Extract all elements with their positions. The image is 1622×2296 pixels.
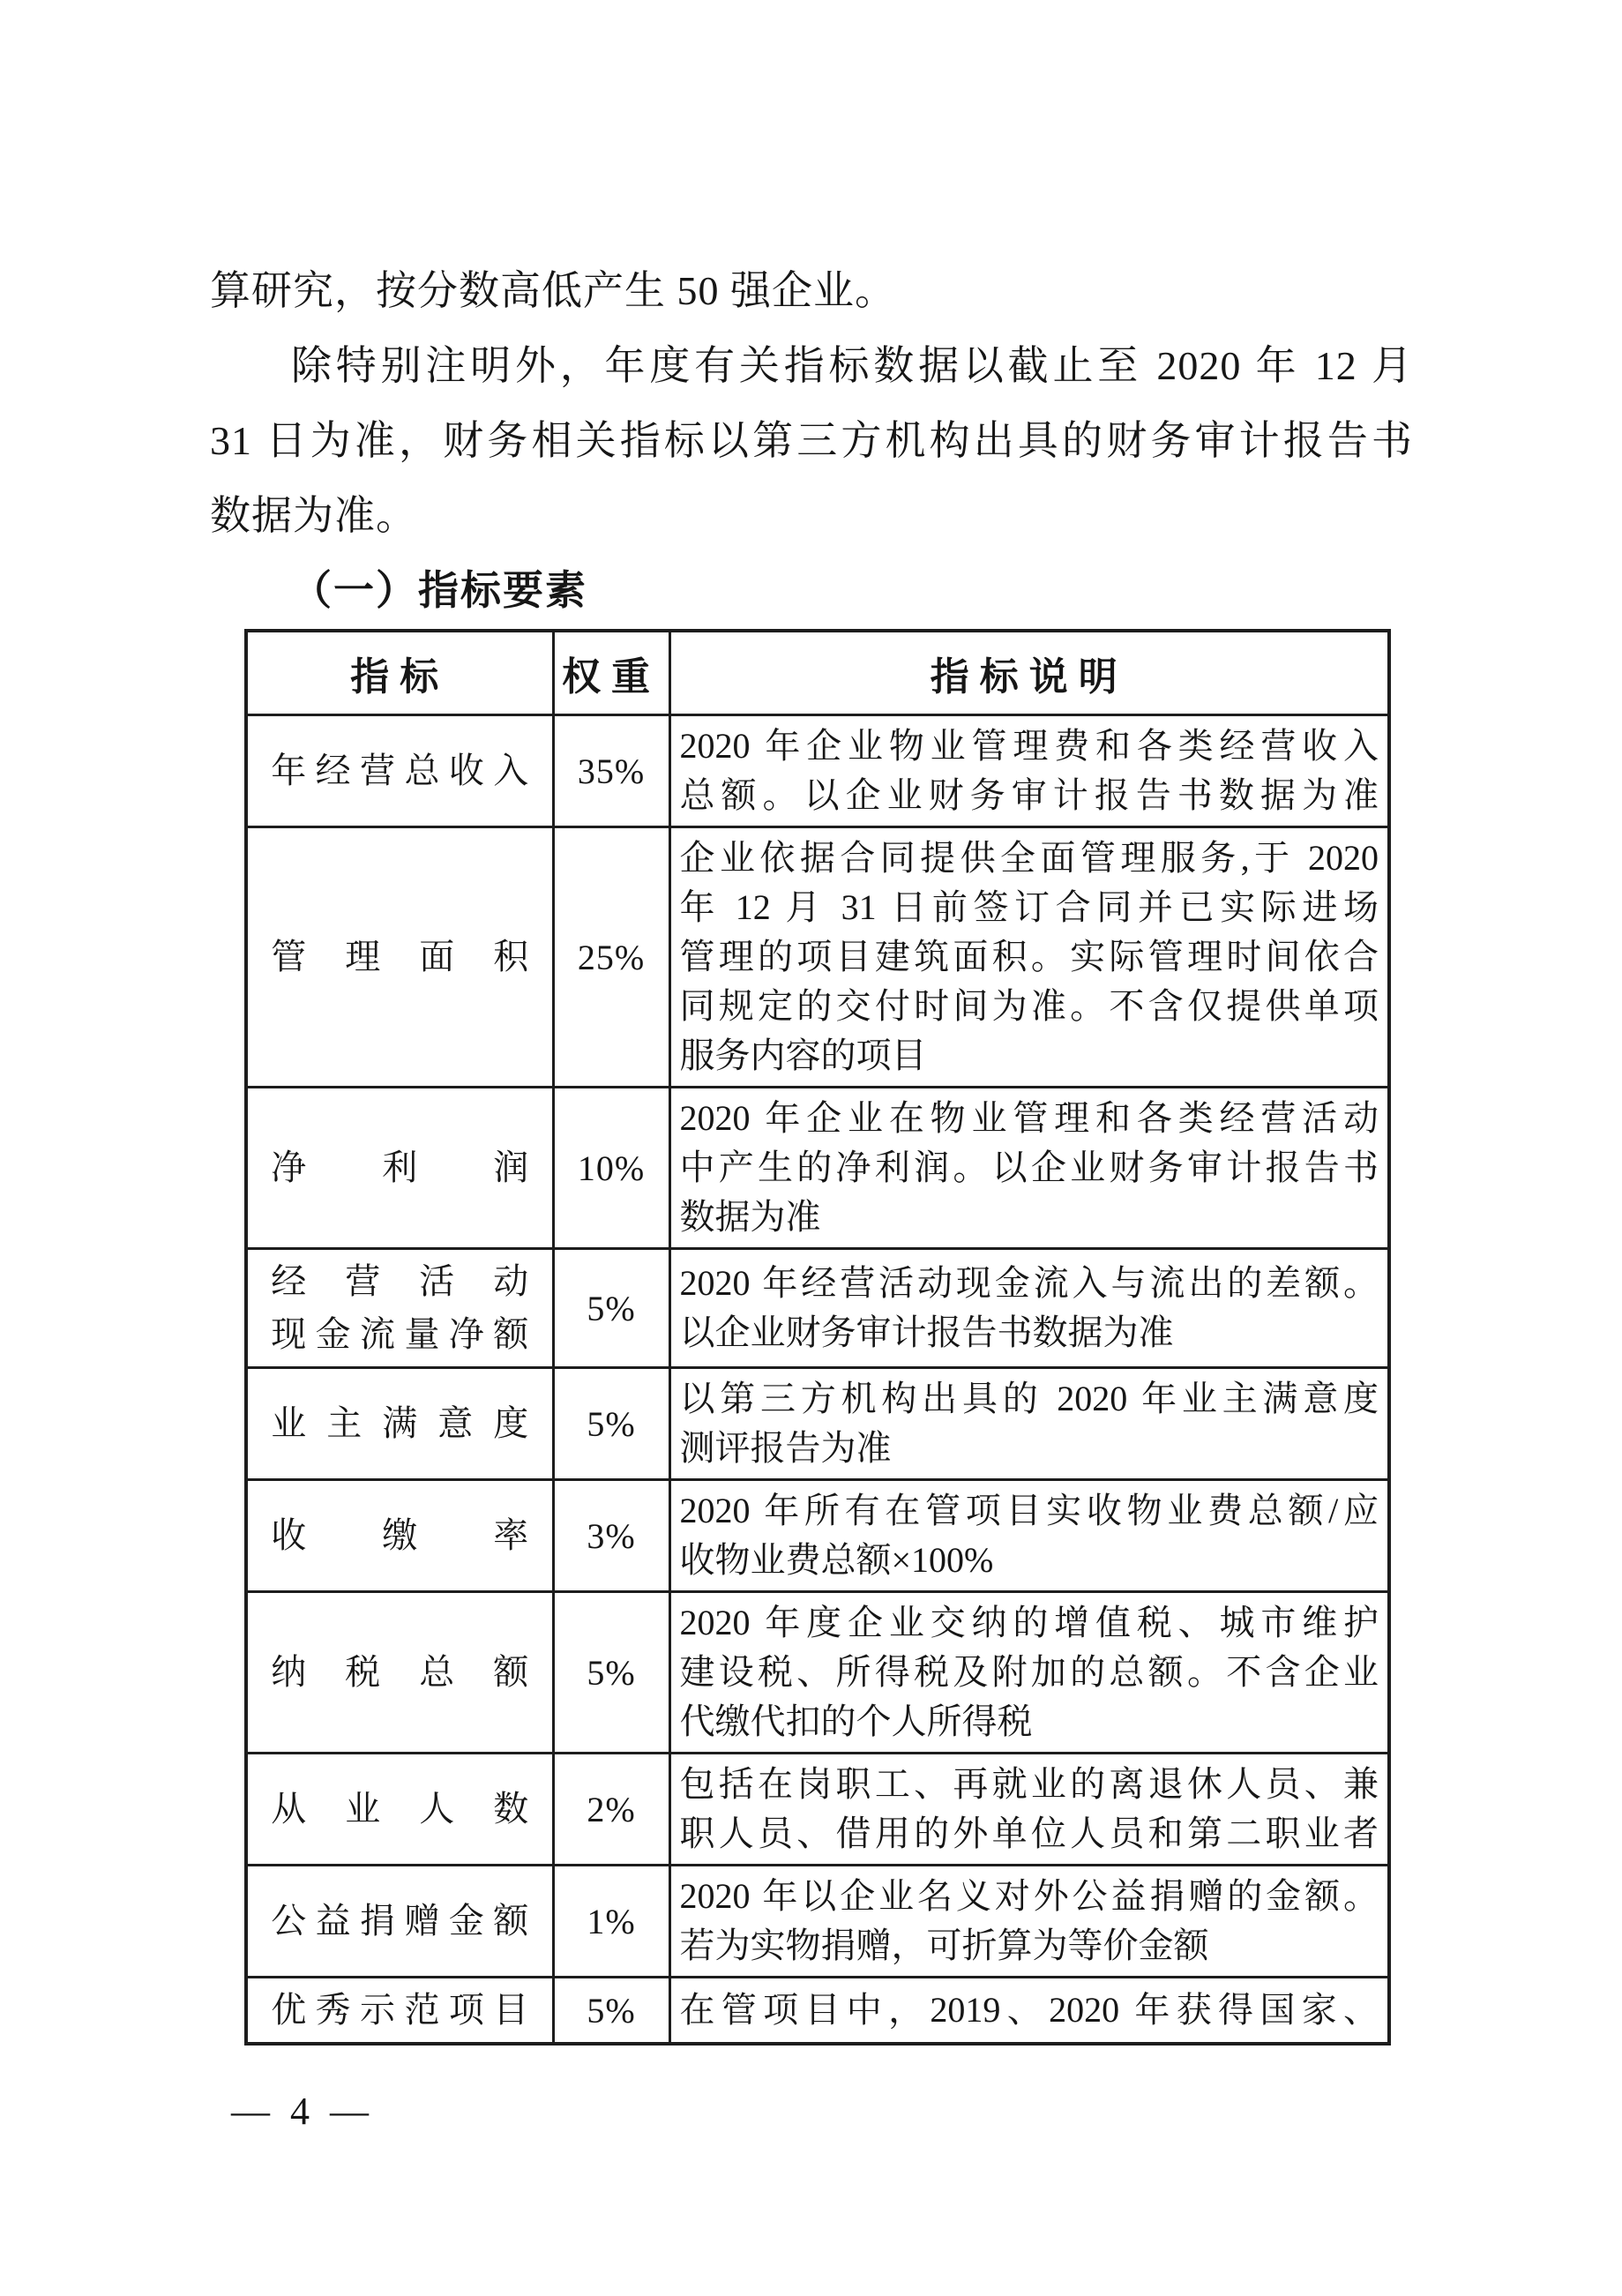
table-header-row: 指标权重指标说明 <box>246 631 1389 715</box>
indicator-line: 管理面积 <box>271 931 528 983</box>
description-line: 2020 年企业物业管理费和各类经营收入 <box>680 722 1379 771</box>
description-line: 建设税、所得税及附加的总额。不含企业 <box>680 1648 1379 1697</box>
indicator-cell: 优秀示范项目 <box>246 1978 553 2045</box>
weight-cell: 10% <box>553 1088 669 1249</box>
header-indicator: 指标 <box>246 631 553 715</box>
description-line: 同规定的交付时间为准。不含仅提供单项 <box>680 982 1379 1031</box>
weight-cell: 3% <box>553 1480 669 1592</box>
table-row: 纳税总额5%2020 年度企业交纳的增值税、城市维护建设税、所得税及附加的总额。… <box>246 1592 1389 1754</box>
description-cell: 2020 年以企业名义对外公益捐赠的金额。若为实物捐赠，可折算为等价金额 <box>669 1866 1389 1978</box>
table-row: 收缴率3%2020 年所有在管项目实收物业费总额/应收物业费总额×100% <box>246 1480 1389 1592</box>
paragraph-2-line-3: 数据为准。 <box>210 478 1413 553</box>
weight-cell: 1% <box>553 1866 669 1978</box>
description-cell: 2020 年度企业交纳的增值税、城市维护建设税、所得税及附加的总额。不含企业代缴… <box>669 1592 1389 1754</box>
description-line: 服务内容的项目 <box>680 1031 1379 1081</box>
description-line: 以企业财务审计报告书数据为准 <box>680 1308 1379 1357</box>
table-row: 净利润10%2020 年企业在物业管理和各类经营活动中产生的净利润。以企业财务审… <box>246 1088 1389 1249</box>
indicator-cell: 管理面积 <box>246 827 553 1088</box>
description-line: 职人员、借用的外单位人员和第二职业者 <box>680 1809 1379 1858</box>
paragraph-1-line: 算研究，按分数高低产生 50 强企业。 <box>210 253 1413 328</box>
description-line: 年 12 月 31 日前签订合同并已实际进场 <box>680 883 1379 932</box>
indicator-cell: 纳税总额 <box>246 1592 553 1754</box>
indicator-line: 净利润 <box>271 1141 528 1194</box>
indicator-cell: 收缴率 <box>246 1480 553 1592</box>
table-row: 优秀示范项目5%在管项目中，2019、2020 年获得国家、 <box>246 1978 1389 2045</box>
description-line: 在管项目中，2019、2020 年获得国家、 <box>680 1986 1379 2035</box>
indicator-cell: 年经营总收入 <box>246 715 553 827</box>
table-row: 公益捐赠金额1%2020 年以企业名义对外公益捐赠的金额。若为实物捐赠，可折算为… <box>246 1866 1389 1978</box>
description-line: 总额。以企业财务审计报告书数据为准 <box>680 771 1379 820</box>
indicator-table-wrap: 指标权重指标说明 年经营总收入35%2020 年企业物业管理费和各类经营收入总额… <box>244 629 1391 2045</box>
indicator-line: 从业人数 <box>271 1783 528 1836</box>
description-line: 2020 年以企业名义对外公益捐赠的金额。 <box>680 1872 1379 1921</box>
weight-cell: 5% <box>553 1592 669 1754</box>
weight-cell: 5% <box>553 1368 669 1480</box>
indicator-line: 收缴率 <box>271 1509 528 1562</box>
header-description: 指标说明 <box>669 631 1389 715</box>
description-cell: 以第三方机构出具的 2020 年业主满意度测评报告为准 <box>669 1368 1389 1480</box>
document-page: 算研究，按分数高低产生 50 强企业。 除特别注明外，年度有关指标数据以截止至 … <box>0 0 1622 2296</box>
description-line: 代缴代扣的个人所得税 <box>680 1697 1379 1746</box>
indicator-table: 指标权重指标说明 年经营总收入35%2020 年企业物业管理费和各类经营收入总额… <box>244 629 1391 2045</box>
indicator-cell: 净利润 <box>246 1088 553 1249</box>
indicator-line: 现金流量净额 <box>271 1308 528 1361</box>
indicator-cell: 业主满意度 <box>246 1368 553 1480</box>
description-cell: 2020 年企业物业管理费和各类经营收入总额。以企业财务审计报告书数据为准 <box>669 715 1389 827</box>
indicator-cell: 从业人数 <box>246 1754 553 1866</box>
description-cell: 企业依据合同提供全面管理服务,于 2020年 12 月 31 日前签订合同并已实… <box>669 827 1389 1088</box>
description-line: 收物业费总额×100% <box>680 1536 1379 1585</box>
indicator-cell: 经营活动现金流量净额 <box>246 1249 553 1368</box>
weight-cell: 35% <box>553 715 669 827</box>
description-line: 包括在岗职工、再就业的离退休人员、兼 <box>680 1760 1379 1809</box>
indicator-line: 年经营总收入 <box>271 744 528 797</box>
table-row: 从业人数2%包括在岗职工、再就业的离退休人员、兼职人员、借用的外单位人员和第二职… <box>246 1754 1389 1866</box>
indicator-cell: 公益捐赠金额 <box>246 1866 553 1978</box>
description-line: 数据为准 <box>680 1193 1379 1242</box>
paragraph-2-line-2: 31 日为准，财务相关指标以第三方机构出具的财务审计报告书 <box>210 403 1413 478</box>
indicator-line: 经营活动 <box>271 1255 528 1308</box>
description-line: 2020 年企业在物业管理和各类经营活动 <box>680 1094 1379 1143</box>
description-line: 中产生的净利润。以企业财务审计报告书 <box>680 1143 1379 1193</box>
weight-cell: 5% <box>553 1249 669 1368</box>
description-line: 若为实物捐赠，可折算为等价金额 <box>680 1921 1379 1971</box>
table-header-row: 指标权重指标说明 <box>246 631 1389 715</box>
table-row: 年经营总收入35%2020 年企业物业管理费和各类经营收入总额。以企业财务审计报… <box>246 715 1389 827</box>
description-cell: 在管项目中，2019、2020 年获得国家、 <box>669 1978 1389 2045</box>
body-text-block: 算研究，按分数高低产生 50 强企业。 除特别注明外，年度有关指标数据以截止至 … <box>210 253 1413 628</box>
table-row: 经营活动现金流量净额5%2020 年经营活动现金流入与流出的差额。以企业财务审计… <box>246 1249 1389 1368</box>
description-line: 2020 年经营活动现金流入与流出的差额。 <box>680 1259 1379 1308</box>
description-line: 管理的项目建筑面积。实际管理时间依合 <box>680 932 1379 982</box>
description-line: 2020 年所有在管项目实收物业费总额/应 <box>680 1486 1379 1536</box>
indicator-line: 纳税总额 <box>271 1646 528 1699</box>
weight-cell: 25% <box>553 827 669 1088</box>
description-line: 企业依据合同提供全面管理服务,于 2020 <box>680 834 1379 883</box>
header-weight: 权重 <box>553 631 669 715</box>
description-cell: 2020 年所有在管项目实收物业费总额/应收物业费总额×100% <box>669 1480 1389 1592</box>
description-cell: 包括在岗职工、再就业的离退休人员、兼职人员、借用的外单位人员和第二职业者 <box>669 1754 1389 1866</box>
description-cell: 2020 年经营活动现金流入与流出的差额。以企业财务审计报告书数据为准 <box>669 1249 1389 1368</box>
description-line: 以第三方机构出具的 2020 年业主满意度 <box>680 1374 1379 1424</box>
paragraph-2-line-1: 除特别注明外，年度有关指标数据以截止至 2020 年 12 月 <box>210 328 1413 403</box>
indicator-line: 业主满意度 <box>271 1397 528 1450</box>
section-heading: （一）指标要素 <box>210 553 1413 628</box>
weight-cell: 2% <box>553 1754 669 1866</box>
indicator-line: 公益捐赠金额 <box>271 1895 528 1948</box>
table-row: 管理面积25%企业依据合同提供全面管理服务,于 2020年 12 月 31 日前… <box>246 827 1389 1088</box>
description-line: 2020 年度企业交纳的增值税、城市维护 <box>680 1598 1379 1648</box>
table-body: 年经营总收入35%2020 年企业物业管理费和各类经营收入总额。以企业财务审计报… <box>246 715 1389 2045</box>
description-cell: 2020 年企业在物业管理和各类经营活动中产生的净利润。以企业财务审计报告书数据… <box>669 1088 1389 1249</box>
description-line: 测评报告为准 <box>680 1424 1379 1473</box>
indicator-line: 优秀示范项目 <box>271 1984 528 2037</box>
page-number: — 4 — <box>231 2089 374 2134</box>
table-row: 业主满意度5%以第三方机构出具的 2020 年业主满意度测评报告为准 <box>246 1368 1389 1480</box>
weight-cell: 5% <box>553 1978 669 2045</box>
